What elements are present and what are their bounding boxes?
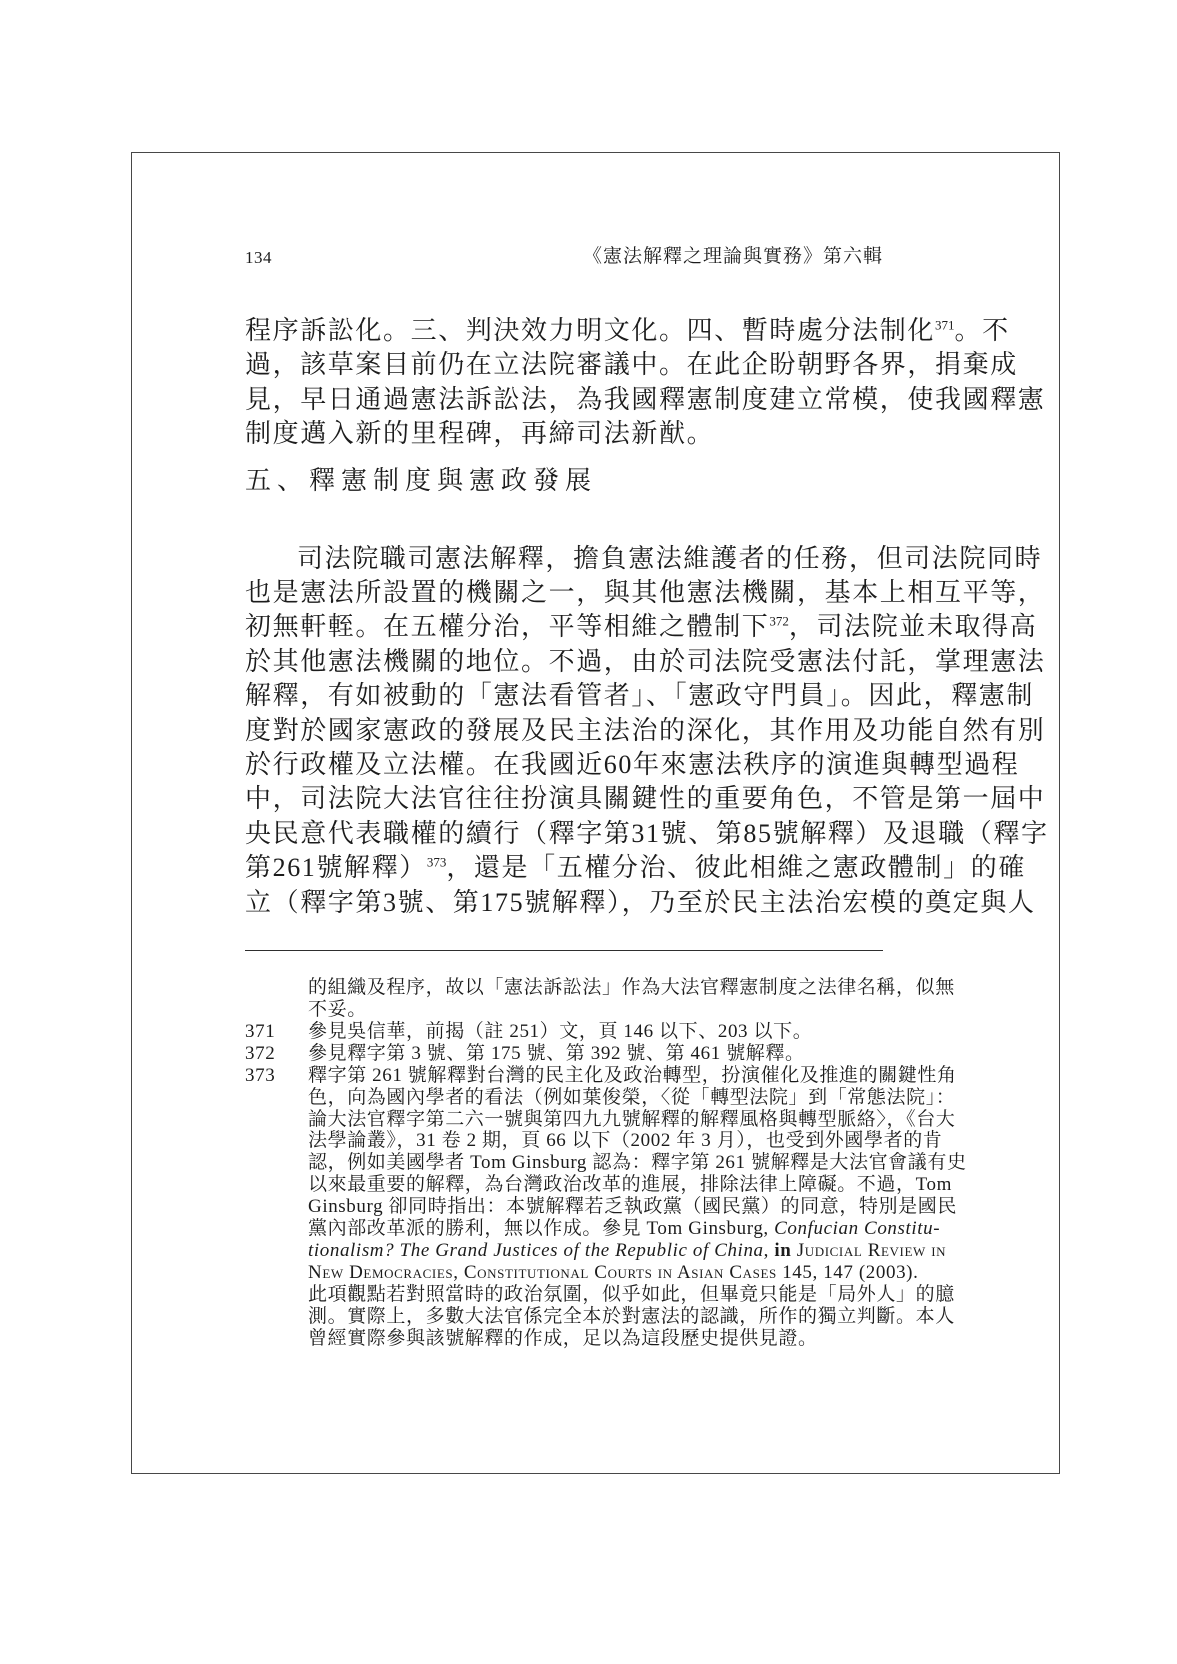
text-segment: 不妥。 [308,999,367,1020]
footnote-text: 色，向為國內學者的看法（例如葉俊榮，〈從「轉型法院」到「常態法院」： [308,1087,955,1109]
footnote-line: 以來最重要的解釋，為台灣政治改革的進展，排除法律上障礙。不過，Tom [245,1174,883,1196]
text-line: 解釋，有如被動的「憲法看管者」、「憲政守門員」。因此，釋憲制 [245,679,883,713]
footnote-text: 論大法官釋字第二六一號與第四九九號解釋的解釋風格與轉型脈絡〉，《台大 [308,1109,955,1131]
document-page-background: { "colors": { "ink": "#1c1c1c", "frame_b… [0,0,1177,1664]
section-heading: 五、釋憲制度與憲政發展 [245,464,883,498]
text-segment: 央民意代表職權的續行（釋字第31號、第85號解釋）及退職（釋字 [245,819,1049,848]
text-line: 初無軒輊。在五權分治，平等相維之體制下372，司法院並未取得高 [245,610,883,644]
text-segment: 參見釋字第 3 號、第 175 號、第 392 號、第 461 號解釋。 [308,1043,805,1064]
footnote-line: 曾經實際參與該號解釋的作成，足以為這段歷史提供見證。 [245,1328,883,1350]
footnote-text: 測。實際上，多數大法官係完全本於對憲法的認識，所作的獨立判斷。本人 [308,1306,955,1328]
text-segment: 釋字第 261 號解釋對台灣的民主化及政治轉型，扮演催化及推進的關鍵性角 [308,1065,957,1086]
footnotes-block: 的組織及程序，故以「憲法訴訟法」作為大法官釋憲制度之法律名稱，似無不妥。371參… [245,977,883,1349]
footnote-text: 法學論叢》，31 卷 2 期，頁 66 以下（2002 年 3 月），也受到外國… [308,1130,942,1152]
text-line: 見，早日通過憲法訴訟法，為我國釋憲制度建立常模，使我國釋憲 [245,383,883,417]
text-segment: 初無軒輊。在五權分治，平等相維之體制下 [245,612,769,641]
page-number: 134 [245,248,272,268]
footnote-number [245,1218,308,1240]
footnote-text: 以來最重要的解釋，為台灣政治改革的進展，排除法律上障礙。不過，Tom [308,1174,952,1196]
text-segment: 過，該草案目前仍在立法院審議中。在此企盼朝野各界，捐棄成 [245,350,1018,379]
text-segment: 見，早日通過憲法訴訟法，為我國釋憲制度建立常模，使我國釋憲 [245,385,1045,414]
footnote-number [245,1240,308,1262]
footnote-text: 黨內部改革派的勝利，無以作成。參見 Tom Ginsburg, Confucia… [308,1218,940,1240]
footnote-number [245,1328,308,1350]
footnote-line: 黨內部改革派的勝利，無以作成。參見 Tom Ginsburg, Confucia… [245,1218,883,1240]
footnote-line: 測。實際上，多數大法官係完全本於對憲法的認識，所作的獨立判斷。本人 [245,1306,883,1328]
text-line: 程序訴訟化。三、判決效力明文化。四、暫時處分法制化371。不 [245,314,883,348]
text-line: 第261號解釋）373，還是「五權分治、彼此相維之憲政體制」的確 [245,851,883,885]
text-segment: 認，例如美國學者 Tom Ginsburg 認為：釋字第 261 號解釋是大法官… [308,1152,967,1173]
text-line: 制度邁入新的里程碑，再締司法新猷。 [245,417,883,451]
footnote-line: 的組織及程序，故以「憲法訴訟法」作為大法官釋憲制度之法律名稱，似無 [245,977,883,999]
text-segment: Confucian Constitu- [774,1218,940,1239]
text-segment: Ginsburg 卻同時指出：本號解釋若乏執政黨（國民黨）的同意，特別是國民 [308,1196,957,1217]
footnote-line: 372參見釋字第 3 號、第 175 號、第 392 號、第 461 號解釋。 [245,1043,883,1065]
text-segment: 測。實際上，多數大法官係完全本於對憲法的認識，所作的獨立判斷。本人 [308,1306,955,1327]
text-segment: 色，向為國內學者的看法（例如葉俊榮，〈從「轉型法院」到「常態法院」： [308,1087,955,1108]
text-segment: 的組織及程序，故以「憲法訴訟法」作為大法官釋憲制度之法律名稱，似無 [308,977,955,998]
footnote-line: tionalism? The Grand Justices of the Rep… [245,1240,883,1262]
footnote-line: 法學論叢》，31 卷 2 期，頁 66 以下（2002 年 3 月），也受到外國… [245,1130,883,1152]
text-segment: 也是憲法所設置的機關之一，與其他憲法機關，基本上相互平等， [245,578,1045,607]
footnote-number [245,1109,308,1131]
footnote-reference: 371 [935,317,955,332]
text-line: 立（釋字第3號、第175號解釋），乃至於民主法治宏模的奠定與人 [245,886,883,920]
footnote-text: 釋字第 261 號解釋對台灣的民主化及政治轉型，扮演催化及推進的關鍵性角 [308,1065,957,1087]
body-paragraph-1: 程序訴訟化。三、判決效力明文化。四、暫時處分法制化371。不過，該草案目前仍在立… [245,314,883,452]
text-segment: ，司法院並未取得高 [789,612,1037,641]
footnote-line: 373釋字第 261 號解釋對台灣的民主化及政治轉型，扮演催化及推進的關鍵性角 [245,1065,883,1087]
text-segment: New Democracies, Constitutional Courts i… [308,1262,918,1283]
text-segment: 立（釋字第3號、第175號解釋），乃至於民主法治宏模的奠定與人 [245,888,1036,917]
text-segment: 制度邁入新的里程碑，再締司法新猷。 [245,419,714,448]
text-segment: 程序訴訟化。三、判決效力明文化。四、暫時處分法制化 [245,316,935,345]
text-line: 也是憲法所設置的機關之一，與其他憲法機關，基本上相互平等， [245,576,883,610]
footnote-text: 參見釋字第 3 號、第 175 號、第 392 號、第 461 號解釋。 [308,1043,883,1065]
text-segment: 以來最重要的解釋，為台灣政治改革的進展，排除法律上障礙。不過，Tom [308,1174,952,1195]
text-segment: 曾經實際參與該號解釋的作成，足以為這段歷史提供見證。 [308,1328,818,1349]
text-column: 134 《憲法解釋之理論與實務》第六輯 程序訴訟化。三、判決效力明文化。四、暫時… [245,241,883,1350]
text-line: 度對於國家憲政的發展及民主法治的深化，其作用及功能自然有別 [245,714,883,748]
footnote-text: Ginsburg 卻同時指出：本號解釋若乏執政黨（國民黨）的同意，特別是國民 [308,1196,957,1218]
text-segment: 解釋，有如被動的「憲法看管者」、「憲政守門員」。因此，釋憲制 [245,681,1034,710]
text-segment: 第261號解釋） [245,853,427,882]
text-segment: 此項觀點若對照當時的政治氛圍，似乎如此，但畢竟只能是「局外人」的臆 [308,1284,955,1305]
footnote-line: 此項觀點若對照當時的政治氛圍，似乎如此，但畢竟只能是「局外人」的臆 [245,1284,883,1306]
footnote-text: 的組織及程序，故以「憲法訴訟法」作為大法官釋憲制度之法律名稱，似無 [308,977,955,999]
text-line: 於其他憲法機關的地位。不過，由於司法院受憲法付託，掌理憲法 [245,645,883,679]
text-segment: in [774,1240,791,1261]
footnote-number [245,1152,308,1174]
footnote-line: 認，例如美國學者 Tom Ginsburg 認為：釋字第 261 號解釋是大法官… [245,1152,883,1174]
footnote-line: New Democracies, Constitutional Courts i… [245,1262,883,1284]
footnote-number: 372 [245,1043,308,1065]
footnote-number: 371 [245,1021,308,1043]
footnote-number [245,1174,308,1196]
footnote-text: New Democracies, Constitutional Courts i… [308,1262,918,1284]
footnote-number: 373 [245,1065,308,1087]
footnote-text: 此項觀點若對照當時的政治氛圍，似乎如此，但畢竟只能是「局外人」的臆 [308,1284,955,1306]
text-segment: ，還是「五權分治、彼此相維之憲政體制」的確 [446,853,1026,882]
footnote-number [245,1196,308,1218]
footnote-reference: 373 [427,855,447,870]
text-line: 於行政權及立法權。在我國近60年來憲法秩序的演進與轉型過程 [245,748,883,782]
text-segment: 論大法官釋字第二六一號與第四九九號解釋的解釋風格與轉型脈絡〉，《台大 [308,1109,955,1130]
text-segment: 參見吳信華，前揭（註 251）文，頁 146 以下、203 以下。 [308,1021,812,1042]
footnote-number [245,1087,308,1109]
footnote-text: 認，例如美國學者 Tom Ginsburg 認為：釋字第 261 號解釋是大法官… [308,1152,967,1174]
footnote-number [245,1130,308,1152]
footnote-text: 不妥。 [308,999,883,1021]
text-segment: 度對於國家憲政的發展及民主法治的深化，其作用及功能自然有別 [245,716,1045,745]
text-segment: 於行政權及立法權。在我國近60年來憲法秩序的演進與轉型過程 [245,750,1019,779]
footnote-text: 參見吳信華，前揭（註 251）文，頁 146 以下、203 以下。 [308,1021,883,1043]
text-line: 央民意代表職權的續行（釋字第31號、第85號解釋）及退職（釋字 [245,817,883,851]
text-segment: 。不 [955,316,1010,345]
footnote-line: 色，向為國內學者的看法（例如葉俊榮，〈從「轉型法院」到「常態法院」： [245,1087,883,1109]
footnote-line: 不妥。 [245,999,883,1021]
text-segment: 黨內部改革派的勝利，無以作成。參見 Tom Ginsburg, [308,1218,774,1239]
footnote-number [245,1306,308,1328]
text-line: 過，該草案目前仍在立法院審議中。在此企盼朝野各界，捐棄成 [245,348,883,382]
book-title-header: 《憲法解釋之理論與實務》第六輯 [583,241,883,268]
footnote-reference: 372 [769,614,789,629]
text-segment: Judicial Review in [797,1240,946,1261]
text-line: 司法院職司憲法解釋，擔負憲法維護者的任務，但司法院同時 [245,542,883,576]
footnote-number [245,1284,308,1306]
footnote-number [245,1262,308,1284]
footnote-line: 論大法官釋字第二六一號與第四九九號解釋的解釋風格與轉型脈絡〉，《台大 [245,1109,883,1131]
footnote-text: tionalism? The Grand Justices of the Rep… [308,1240,946,1262]
running-header: 134 《憲法解釋之理論與實務》第六輯 [245,241,883,268]
text-segment: 於其他憲法機關的地位。不過，由於司法院受憲法付託，掌理憲法 [245,647,1045,676]
text-segment: 法學論叢》，31 卷 2 期，頁 66 以下（2002 年 3 月），也受到外國… [308,1130,942,1151]
footnote-text: 曾經實際參與該號解釋的作成，足以為這段歷史提供見證。 [308,1328,883,1350]
text-segment: 中，司法院大法官往往扮演具關鍵性的重要角色，不管是第一屆中 [245,784,1045,813]
text-segment: tionalism? The Grand Justices of the Rep… [308,1240,764,1261]
text-line: 中，司法院大法官往往扮演具關鍵性的重要角色，不管是第一屆中 [245,782,883,816]
footnote-number [245,999,308,1021]
footnote-separator [245,950,883,951]
footnote-line: Ginsburg 卻同時指出：本號解釋若乏執政黨（國民黨）的同意，特別是國民 [245,1196,883,1218]
text-segment: , [764,1240,775,1261]
page-frame: 134 《憲法解釋之理論與實務》第六輯 程序訴訟化。三、判決效力明文化。四、暫時… [131,152,1060,1474]
body-paragraph-2: 司法院職司憲法解釋，擔負憲法維護者的任務，但司法院同時也是憲法所設置的機關之一，… [245,542,883,920]
footnote-number [245,977,308,999]
footnote-line: 371參見吳信華，前揭（註 251）文，頁 146 以下、203 以下。 [245,1021,883,1043]
text-segment: 司法院職司憲法解釋，擔負憲法維護者的任務，但司法院同時 [297,544,1042,573]
